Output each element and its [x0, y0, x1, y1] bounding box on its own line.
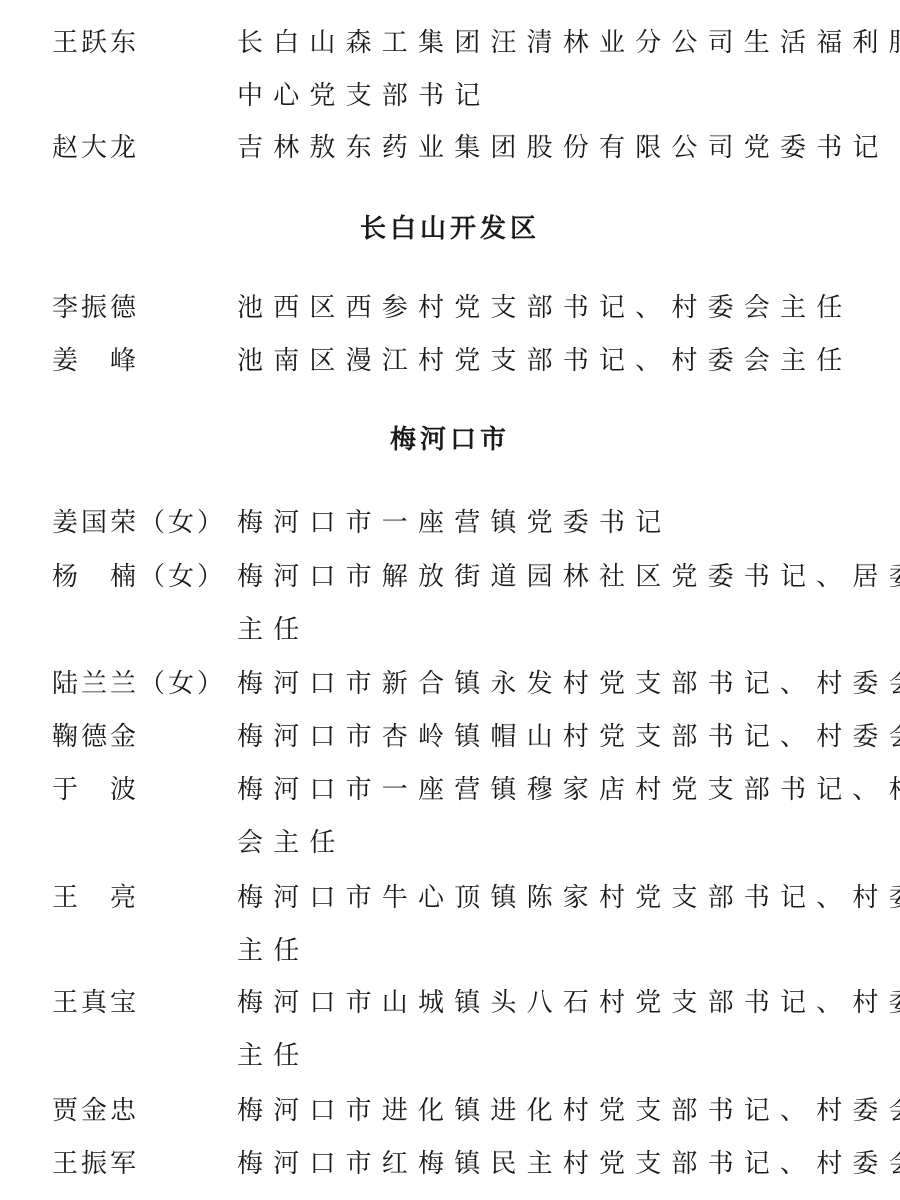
position-description: 池南区漫江村党支部书记、村委会主任 [237, 335, 857, 388]
person-name: 王真宝 [52, 977, 139, 1030]
position-description: 梅河口市一座营镇党委书记 [237, 497, 857, 550]
position-description: 梅河口市一座营镇穆家店村党支部书记、村委 会主任 [237, 764, 857, 870]
person-name: 王振军 [52, 1138, 139, 1191]
person-name: 李振德 [52, 282, 139, 335]
person-name: 贾金忠 [52, 1085, 139, 1138]
person-name: 姜国荣（女） [52, 497, 226, 550]
person-name: 杨 楠（女） [52, 551, 226, 604]
document-page: 王跃东 长白山森工集团汪清林业分公司生活福利服务 中心党支部书记 赵大龙 吉林敖… [0, 0, 900, 1200]
position-description: 梅河口市新合镇永发村党支部书记、村委会主任 [237, 658, 857, 711]
position-description: 梅河口市解放街道园林社区党委书记、居委会 主任 [237, 551, 857, 657]
position-description: 梅河口市杏岭镇帽山村党支部书记、村委会主任 [237, 711, 857, 764]
position-description: 梅河口市山城镇头八石村党支部书记、村委会 主任 [237, 977, 857, 1083]
section-heading: 长白山开发区 [0, 209, 900, 249]
person-name: 赵大龙 [52, 122, 139, 175]
position-description: 池西区西参村党支部书记、村委会主任 [237, 282, 857, 335]
person-name: 姜 峰 [52, 335, 139, 388]
position-description: 梅河口市进化镇进化村党支部书记、村委会主任 [237, 1085, 857, 1138]
person-name: 王 亮 [52, 872, 139, 925]
position-description: 梅河口市牛心顶镇陈家村党支部书记、村委会 主任 [237, 872, 857, 978]
position-description: 长白山森工集团汪清林业分公司生活福利服务 中心党支部书记 [237, 17, 857, 123]
position-description: 梅河口市红梅镇民主村党支部书记、村委会主任 [237, 1138, 857, 1191]
section-heading: 梅河口市 [0, 420, 900, 460]
position-description: 吉林敖东药业集团股份有限公司党委书记 [237, 122, 857, 175]
person-name: 王跃东 [52, 17, 139, 70]
person-name: 陆兰兰（女） [52, 658, 226, 711]
person-name: 鞠德金 [52, 711, 139, 764]
person-name: 于 波 [52, 764, 139, 817]
